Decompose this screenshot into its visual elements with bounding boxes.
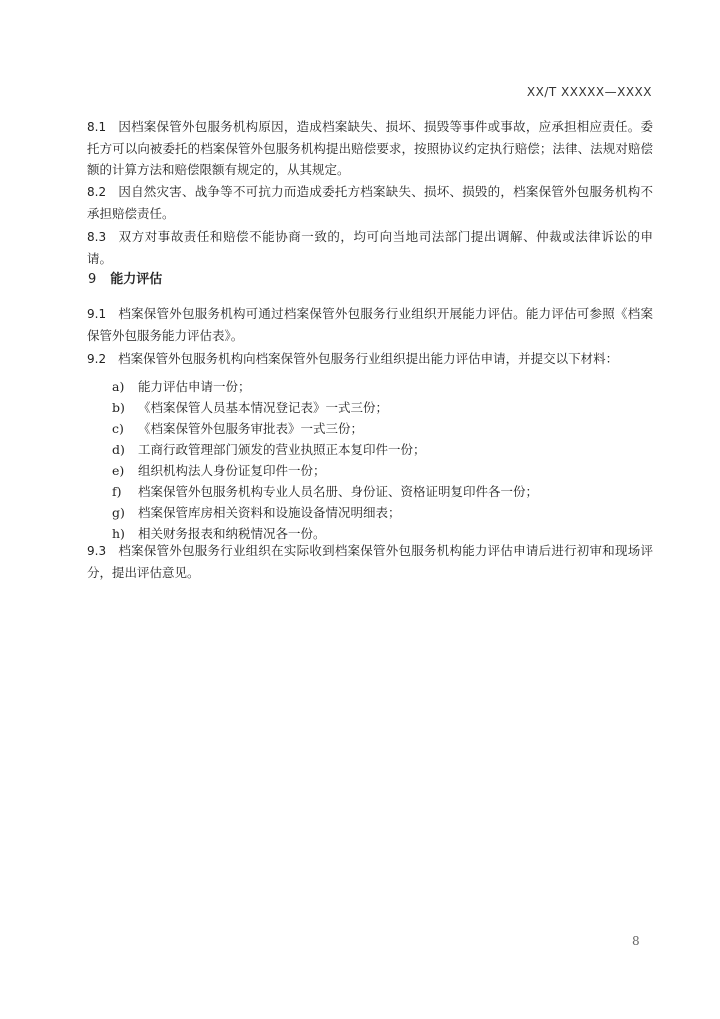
list-marker: c)	[112, 418, 138, 439]
clause-text: 因自然灾害、战争等不可抗力而造成委托方档案缺失、损坏、损毁的，档案保管外包服务机…	[87, 184, 653, 221]
list-item: g)档案保管库房相关资料和设施设备情况明细表；	[112, 502, 632, 523]
list-marker: f)	[112, 481, 138, 502]
clause-number: 8.3	[87, 230, 106, 244]
list-marker: a)	[112, 376, 138, 397]
list-item-text: 能力评估申请一份；	[138, 376, 251, 397]
clause-8-3: 8.3双方对事故责任和赔偿不能协商一致的，均可向当地司法部门提出调解、仲裁或法律…	[87, 226, 653, 269]
list-item: e)组织机构法人身份证复印件一份；	[112, 460, 632, 481]
list-marker: b)	[112, 397, 138, 418]
clause-number: 8.2	[87, 185, 106, 199]
clause-text: 档案保管外包服务机构可通过档案保管外包服务行业组织开展能力评估。能力评估可参照《…	[87, 306, 653, 343]
list-item-text: 《档案保管外包服务审批表》一式三份；	[138, 418, 363, 439]
standard-code: XX/T XXXXX—XXXX	[527, 85, 652, 99]
clause-text: 因档案保管外包服务机构原因，造成档案缺失、损坏、损毁等事件或事故，应承担相应责任…	[87, 119, 653, 177]
list-marker: d)	[112, 439, 138, 460]
list-item: d)工商行政管理部门颁发的营业执照正本复印件一份；	[112, 439, 632, 460]
clause-8-2: 8.2因自然灾害、战争等不可抗力而造成委托方档案缺失、损坏、损毁的，档案保管外包…	[87, 181, 653, 224]
list-item-text: 组织机构法人身份证复印件一份；	[138, 460, 326, 481]
clause-9-3: 9.3档案保管外包服务行业组织在实际收到档案保管外包服务机构能力评估申请后进行初…	[87, 540, 653, 583]
list-item: a)能力评估申请一份；	[112, 376, 632, 397]
list-item-text: 工商行政管理部门颁发的营业执照正本复印件一份；	[138, 439, 426, 460]
list-item: c)《档案保管外包服务审批表》一式三份；	[112, 418, 632, 439]
clause-number: 8.1	[87, 120, 106, 134]
clause-8-1: 8.1因档案保管外包服务机构原因，造成档案缺失、损坏、损毁等事件或事故，应承担相…	[87, 116, 653, 180]
clause-text: 档案保管外包服务行业组织在实际收到档案保管外包服务机构能力评估申请后进行初审和现…	[87, 543, 653, 580]
list-item-text: 档案保管库房相关资料和设施设备情况明细表；	[138, 502, 401, 523]
list-item-text: 《档案保管人员基本情况登记表》一式三份；	[138, 397, 388, 418]
list-item-text: 档案保管外包服务机构专业人员名册、身份证、资格证明复印件各一份；	[138, 481, 538, 502]
clause-number: 9.3	[87, 544, 106, 558]
clause-9-2: 9.2档案保管外包服务机构向档案保管外包服务行业组织提出能力评估申请，并提交以下…	[87, 348, 653, 370]
materials-list: a)能力评估申请一份； b)《档案保管人员基本情况登记表》一式三份； c)《档案…	[112, 376, 632, 544]
list-item: f)档案保管外包服务机构专业人员名册、身份证、资格证明复印件各一份；	[112, 481, 632, 502]
section-heading-9: 9能力评估	[88, 268, 162, 287]
document-page: XX/T XXXXX—XXXX 8.1因档案保管外包服务机构原因，造成档案缺失、…	[0, 0, 720, 1019]
list-marker: g)	[112, 502, 138, 523]
list-item: b)《档案保管人员基本情况登记表》一式三份；	[112, 397, 632, 418]
clause-text: 双方对事故责任和赔偿不能协商一致的，均可向当地司法部门提出调解、仲裁或法律诉讼的…	[87, 229, 653, 266]
section-number: 9	[88, 272, 96, 287]
list-marker: e)	[112, 460, 138, 481]
clause-text: 档案保管外包服务机构向档案保管外包服务行业组织提出能力评估申请，并提交以下材料：	[118, 351, 618, 366]
clause-number: 9.1	[87, 307, 106, 321]
clause-9-1: 9.1档案保管外包服务机构可通过档案保管外包服务行业组织开展能力评估。能力评估可…	[87, 303, 653, 346]
page-number: 8	[632, 934, 640, 948]
section-title: 能力评估	[110, 272, 162, 287]
clause-number: 9.2	[87, 352, 106, 366]
